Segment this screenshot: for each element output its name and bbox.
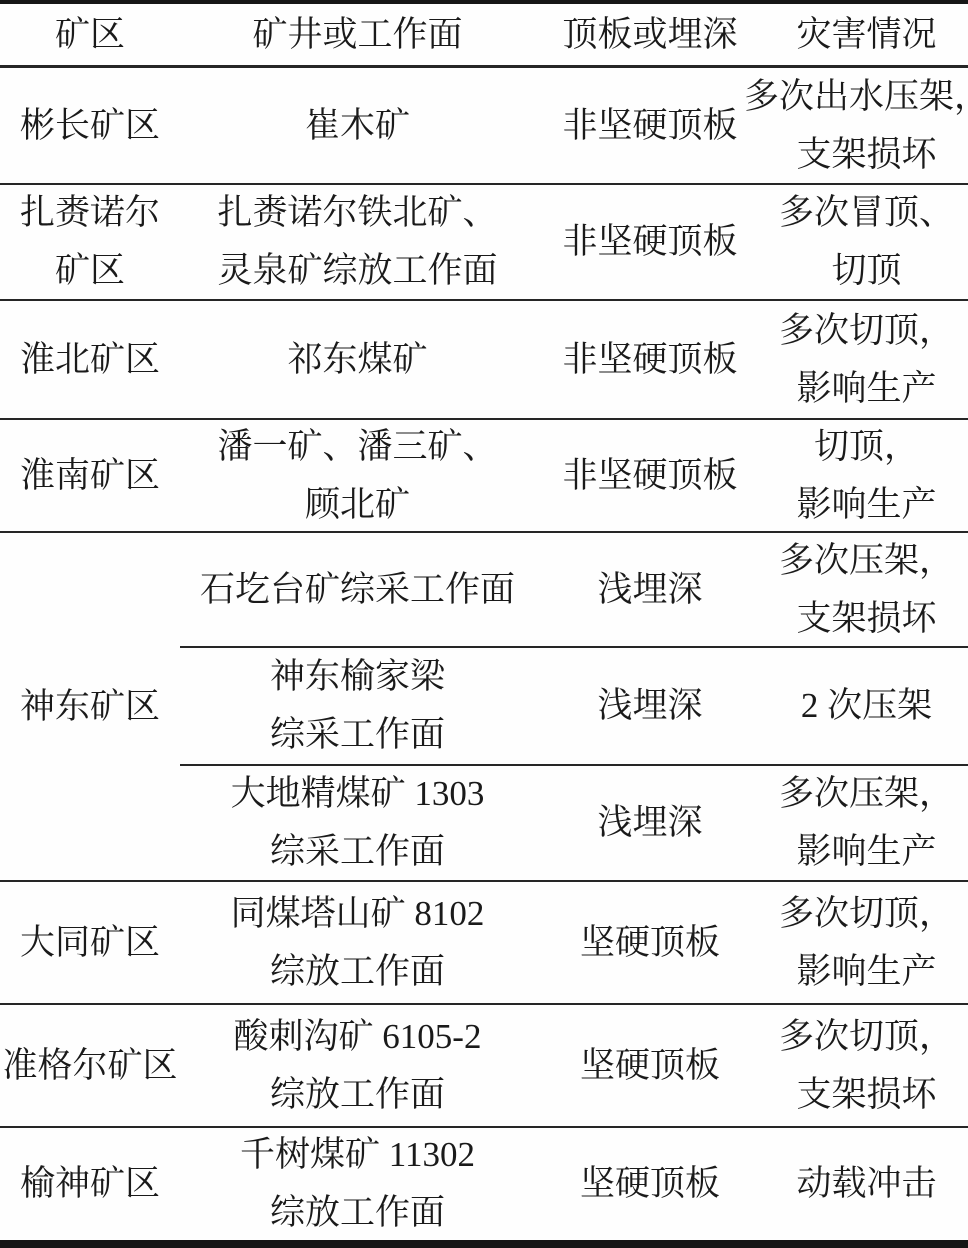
text-line: 浅埋深 bbox=[597, 794, 702, 852]
text-line: 坚硬顶板 bbox=[580, 1037, 720, 1095]
column-header-label: 灾害情况 bbox=[796, 6, 936, 64]
cell-area: 榆神矿区 bbox=[0, 1128, 180, 1240]
shendong-subrows: 石圪台矿综采工作面 浅埋深 多次压架， 支架损坏 神东榆家梁 综采工作面 浅埋深 bbox=[180, 533, 968, 880]
text-line: 动载冲击 bbox=[796, 1155, 936, 1213]
text-line: 非坚硬顶板 bbox=[562, 447, 737, 505]
text-line: 神东榆家梁 bbox=[270, 648, 445, 706]
column-header-area: 矿区 bbox=[0, 4, 180, 65]
cell-mine: 崔木矿 bbox=[180, 68, 535, 183]
cell-disaster: 多次切顶， 支架损坏 bbox=[765, 1005, 968, 1126]
cell-area: 淮北矿区 bbox=[0, 301, 180, 418]
cell-area: 大同矿区 bbox=[0, 882, 180, 1003]
cell-roof: 浅埋深 bbox=[535, 766, 765, 880]
text-line: 影响生产 bbox=[796, 943, 936, 1001]
text-line: 坚硬顶板 bbox=[580, 1155, 720, 1213]
cell-disaster: 多次出水压架， 支架损坏 bbox=[765, 68, 968, 183]
cell-mine: 大地精煤矿 1303 综采工作面 bbox=[180, 766, 535, 880]
cell-roof: 浅埋深 bbox=[535, 533, 765, 646]
cell-area: 扎赉诺尔 矿区 bbox=[0, 185, 180, 299]
text-line: 石圪台矿综采工作面 bbox=[200, 561, 515, 619]
text-line: 大同矿区 bbox=[20, 914, 160, 972]
cell-disaster: 多次压架， 支架损坏 bbox=[765, 533, 968, 646]
text-line: 多次压架， bbox=[779, 532, 954, 590]
cell-roof: 坚硬顶板 bbox=[535, 1128, 765, 1240]
text-line: 大地精煤矿 1303 bbox=[231, 765, 485, 823]
text-line: 多次压架， bbox=[779, 765, 954, 823]
text-line: 支架损坏 bbox=[796, 1066, 936, 1124]
column-header-label: 矿区 bbox=[55, 6, 125, 64]
text-line: 潘一矿、潘三矿、 bbox=[217, 418, 497, 476]
cell-disaster: 多次冒顶、 切顶 bbox=[765, 185, 968, 299]
cell-mine: 石圪台矿综采工作面 bbox=[180, 533, 535, 646]
cell-mine: 潘一矿、潘三矿、 顾北矿 bbox=[180, 420, 535, 531]
text-line: 多次切顶， bbox=[779, 885, 954, 943]
table-subrow-dadijing: 大地精煤矿 1303 综采工作面 浅埋深 多次压架， 影响生产 bbox=[180, 766, 968, 880]
cell-disaster: 切顶， 影响生产 bbox=[765, 420, 968, 531]
text-line: 2 次压架 bbox=[801, 677, 932, 735]
column-header-label: 矿井或工作面 bbox=[252, 6, 462, 64]
text-line: 榆神矿区 bbox=[20, 1155, 160, 1213]
column-header-mine: 矿井或工作面 bbox=[180, 4, 535, 65]
table-row-zhungeer: 准格尔矿区 酸刺沟矿 6105-2 综放工作面 坚硬顶板 多次切顶， 支架损坏 bbox=[0, 1005, 968, 1128]
cell-mine: 神东榆家梁 综采工作面 bbox=[180, 648, 535, 764]
text-line: 非坚硬顶板 bbox=[562, 213, 737, 271]
cell-roof: 非坚硬顶板 bbox=[535, 68, 765, 183]
text-line: 浅埋深 bbox=[597, 561, 702, 619]
cell-roof: 非坚硬顶板 bbox=[535, 420, 765, 531]
text-line: 综放工作面 bbox=[270, 1184, 445, 1242]
text-line: 综采工作面 bbox=[270, 823, 445, 881]
text-line: 祁东煤矿 bbox=[287, 331, 427, 389]
table-row-huainan: 淮南矿区 潘一矿、潘三矿、 顾北矿 非坚硬顶板 切顶， 影响生产 bbox=[0, 420, 968, 533]
table-row-huaibei: 淮北矿区 祁东煤矿 非坚硬顶板 多次切顶， 影响生产 bbox=[0, 301, 968, 420]
text-line: 彬长矿区 bbox=[20, 97, 160, 155]
text-line: 综放工作面 bbox=[270, 943, 445, 1001]
cell-disaster: 2 次压架 bbox=[765, 648, 968, 764]
cell-roof: 非坚硬顶板 bbox=[535, 185, 765, 299]
text-line: 非坚硬顶板 bbox=[562, 331, 737, 389]
table-header-row: 矿区 矿井或工作面 顶板或埋深 灾害情况 bbox=[0, 4, 968, 68]
text-line: 影响生产 bbox=[796, 360, 936, 418]
text-line: 同煤塔山矿 8102 bbox=[231, 885, 485, 943]
text-line: 坚硬顶板 bbox=[580, 914, 720, 972]
text-line: 多次冒顶、 bbox=[779, 184, 954, 242]
table-row-group-shendong: 神东矿区 石圪台矿综采工作面 浅埋深 多次压架， 支架损坏 神东榆家梁 综采工作… bbox=[0, 533, 968, 882]
table-row-bingchang: 彬长矿区 崔木矿 非坚硬顶板 多次出水压架， 支架损坏 bbox=[0, 68, 968, 185]
text-line: 酸刺沟矿 6105-2 bbox=[234, 1008, 482, 1066]
table-bottom-border bbox=[0, 1240, 968, 1248]
cell-roof: 浅埋深 bbox=[535, 648, 765, 764]
text-line: 扎赉诺尔铁北矿、 bbox=[217, 184, 497, 242]
cell-disaster: 多次压架， 影响生产 bbox=[765, 766, 968, 880]
text-line: 切顶， bbox=[814, 418, 919, 476]
cell-area: 神东矿区 bbox=[0, 533, 180, 880]
cell-disaster: 动载冲击 bbox=[765, 1128, 968, 1240]
cell-roof: 坚硬顶板 bbox=[535, 882, 765, 1003]
text-line: 支架损坏 bbox=[796, 126, 936, 184]
text-line: 切顶 bbox=[831, 242, 901, 300]
column-header-disaster: 灾害情况 bbox=[765, 4, 968, 65]
cell-disaster: 多次切顶， 影响生产 bbox=[765, 301, 968, 418]
cell-area: 准格尔矿区 bbox=[0, 1005, 180, 1126]
table-subrow-yujialiang: 神东榆家梁 综采工作面 浅埋深 2 次压架 bbox=[180, 648, 968, 766]
column-header-roof: 顶板或埋深 bbox=[535, 4, 765, 65]
text-line: 多次切顶， bbox=[779, 1008, 954, 1066]
text-line: 影响生产 bbox=[796, 476, 936, 534]
text-line: 多次切顶， bbox=[779, 302, 954, 360]
text-line: 淮北矿区 bbox=[20, 331, 160, 389]
text-line: 综放工作面 bbox=[270, 1066, 445, 1124]
cell-mine: 祁东煤矿 bbox=[180, 301, 535, 418]
text-line: 矿区 bbox=[55, 242, 125, 300]
cell-roof: 非坚硬顶板 bbox=[535, 301, 765, 418]
column-header-label: 顶板或埋深 bbox=[562, 6, 737, 64]
text-line: 支架损坏 bbox=[796, 590, 936, 648]
text-line: 灵泉矿综放工作面 bbox=[217, 242, 497, 300]
text-line: 扎赉诺尔 bbox=[20, 184, 160, 242]
table-page: 矿区 矿井或工作面 顶板或埋深 灾害情况 彬长矿区 崔木矿 非坚硬顶板 多次出水… bbox=[0, 0, 968, 1248]
text-line: 综采工作面 bbox=[270, 706, 445, 764]
text-line: 非坚硬顶板 bbox=[562, 97, 737, 155]
cell-mine: 酸刺沟矿 6105-2 综放工作面 bbox=[180, 1005, 535, 1126]
text-line: 多次出水压架， bbox=[744, 68, 968, 126]
text-line: 千树煤矿 11302 bbox=[240, 1126, 475, 1184]
text-line: 崔木矿 bbox=[305, 97, 410, 155]
cell-mine: 千树煤矿 11302 综放工作面 bbox=[180, 1128, 535, 1240]
cell-roof: 坚硬顶板 bbox=[535, 1005, 765, 1126]
cell-disaster: 多次切顶， 影响生产 bbox=[765, 882, 968, 1003]
text-line: 影响生产 bbox=[796, 823, 936, 881]
table-subrow-shigetai: 石圪台矿综采工作面 浅埋深 多次压架， 支架损坏 bbox=[180, 533, 968, 648]
table-row-zhalainuoer: 扎赉诺尔 矿区 扎赉诺尔铁北矿、 灵泉矿综放工作面 非坚硬顶板 多次冒顶、 切顶 bbox=[0, 185, 968, 301]
text-line: 浅埋深 bbox=[597, 677, 702, 735]
cell-mine: 同煤塔山矿 8102 综放工作面 bbox=[180, 882, 535, 1003]
text-line: 淮南矿区 bbox=[20, 447, 160, 505]
cell-mine: 扎赉诺尔铁北矿、 灵泉矿综放工作面 bbox=[180, 185, 535, 299]
text-line: 顾北矿 bbox=[305, 476, 410, 534]
cell-area: 淮南矿区 bbox=[0, 420, 180, 531]
cell-area: 彬长矿区 bbox=[0, 68, 180, 183]
table-row-datong: 大同矿区 同煤塔山矿 8102 综放工作面 坚硬顶板 多次切顶， 影响生产 bbox=[0, 882, 968, 1005]
table-row-yushen: 榆神矿区 千树煤矿 11302 综放工作面 坚硬顶板 动载冲击 bbox=[0, 1128, 968, 1240]
text-line: 准格尔矿区 bbox=[2, 1037, 177, 1095]
text-line: 神东矿区 bbox=[20, 678, 160, 736]
